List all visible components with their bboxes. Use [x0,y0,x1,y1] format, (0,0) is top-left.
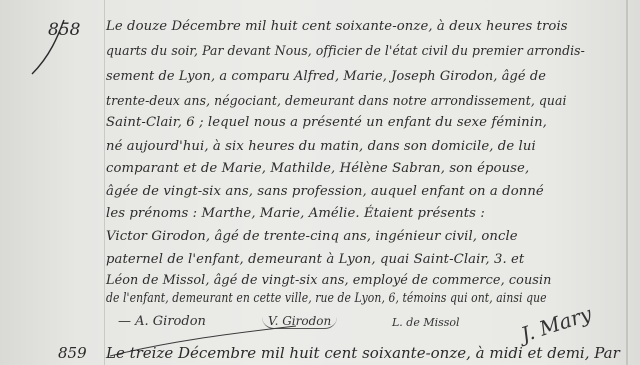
record-line-9-given-names: les prénoms : Marthe, Marie, Amélie. Éta… [106,206,626,221]
record-line-3: sement de Lyon, a comparu Alfred, Marie,… [106,69,616,84]
next-record-first-line: Le treize Décembre mil huit cent soixant… [106,344,620,362]
signature-witness-2: L. de Missol [392,316,460,329]
record-line-12: Léon de Missol, âgé de vingt-six ans, em… [106,273,610,288]
record-line-6: né aujourd'hui, à six heures du matin, d… [106,139,626,154]
record-line-2: quarts du soir, Par devant Nous, officie… [106,44,595,59]
next-act-number: 859 [58,344,87,362]
record-line-11: paternel de l'enfant, demeurant à Lyon, … [106,252,626,267]
record-line-4: trente-deux ans, négociant, demeurant da… [106,94,595,109]
signature-officer: J. Mary [518,301,594,346]
record-line-13: de l'enfant, demeurant en cette ville, r… [106,291,532,306]
act-number: 858 [48,20,80,40]
record-line-1: Le douze Décembre mil huit cent soixante… [106,19,626,34]
record-line-10: Victor Girodon, âgé de trente-cinq ans, … [106,229,626,244]
record-line-5: Saint-Clair, 6 ; lequel nous a présenté … [106,115,626,130]
document-scan: 858 Le douze Décembre mil huit cent soix… [0,0,640,365]
right-page-edge [626,0,628,365]
record-line-7: comparant et de Marie, Mathilde, Hélène … [106,161,626,176]
margin-rule [104,0,105,365]
record-line-8: âgée de vingt-six ans, sans profession, … [106,184,626,199]
